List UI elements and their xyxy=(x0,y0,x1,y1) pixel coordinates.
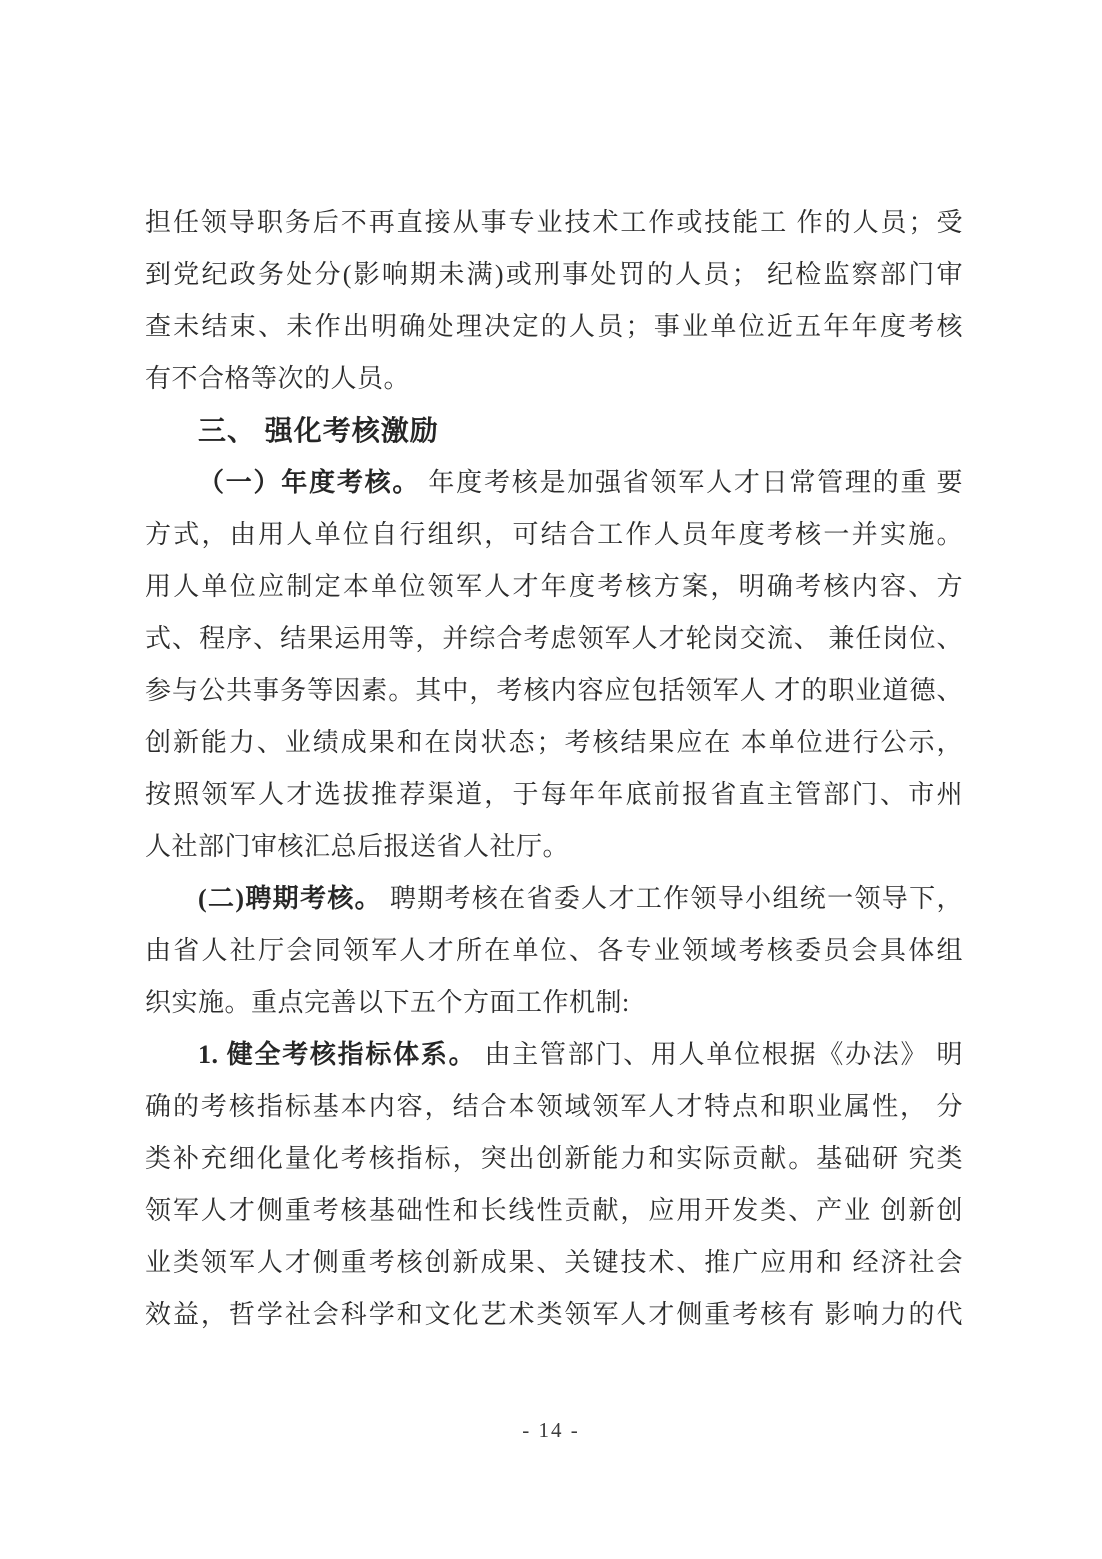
text-line: 领军人才侧重考核基础性和长线性贡献，应用开发类、产业 创新创 xyxy=(145,1185,963,1237)
text-line: 类补充细化量化考核指标，突出创新能力和实际贡献。基础研 究类 xyxy=(145,1133,963,1185)
text-line: 确的考核指标基本内容，结合本领域领军人才特点和职业属性， 分 xyxy=(145,1081,963,1133)
text-line: 效益，哲学社会科学和文化艺术类领军人才侧重考核有 影响力的代 xyxy=(145,1289,963,1341)
text-line: 式、程序、结果运用等，并综合考虑领军人才轮岗交流、 兼任岗位、 xyxy=(145,613,963,665)
text-line: 业类领军人才侧重考核创新成果、关键技术、推广应用和 经济社会 xyxy=(145,1237,963,1289)
text-line-rest: 聘期考核在省委人才工作领导小组统一领导下， xyxy=(382,884,963,913)
document-page: 担任领导职务后不再直接从事专业技术工作或技能工 作的人员；受 到党纪政务处分(影… xyxy=(0,0,1102,1559)
text-line: （一）年度考核。 年度考核是加强省领军人才日常管理的重 要 xyxy=(145,457,963,509)
text-line: 到党纪政务处分(影响期未满)或刑事处罚的人员； 纪检监察部门审 xyxy=(145,249,963,301)
text-line: 有不合格等次的人员。 xyxy=(145,353,963,405)
text-line: 创新能力、业绩成果和在岗状态；考核结果应在 本单位进行公示， xyxy=(145,717,963,769)
paragraph-indicator-system: 1. 健全考核指标体系。 由主管部门、用人单位根据《办法》 明 确的考核指标基本… xyxy=(145,1029,963,1341)
text-line: 查未结束、未作出明确处理决定的人员；事业单位近五年年度考核 xyxy=(145,301,963,353)
text-line: 参与公共事务等因素。其中，考核内容应包括领军人 才的职业道德、 xyxy=(145,665,963,717)
text-line-rest: 由主管部门、用人单位根据《办法》 明 xyxy=(476,1040,963,1069)
text-line: 织实施。重点完善以下五个方面工作机制: xyxy=(145,977,963,1029)
text-line: 按照领军人才选拔推荐渠道，于每年年底前报省直主管部门、市州 xyxy=(145,769,963,821)
paragraph-lead-in: (二)聘期考核。 xyxy=(198,884,382,913)
text-line: 方式，由用人单位自行组织，可结合工作人员年度考核一并实施。 xyxy=(145,509,963,561)
page-number: - 14 - xyxy=(0,1418,1102,1443)
paragraph-continuation: 担任领导职务后不再直接从事专业技术工作或技能工 作的人员；受 到党纪政务处分(影… xyxy=(145,197,963,405)
text-line: 1. 健全考核指标体系。 由主管部门、用人单位根据《办法》 明 xyxy=(145,1029,963,1081)
paragraph-lead-in: 1. 健全考核指标体系。 xyxy=(198,1040,476,1069)
section-heading: 三、 强化考核激励 xyxy=(145,405,963,457)
text-content: 担任领导职务后不再直接从事专业技术工作或技能工 作的人员；受 到党纪政务处分(影… xyxy=(145,197,963,1341)
text-line-rest: 年度考核是加强省领军人才日常管理的重 要 xyxy=(420,468,963,497)
text-line: 人社部门审核汇总后报送省人社厅。 xyxy=(145,821,963,873)
text-line: (二)聘期考核。 聘期考核在省委人才工作领导小组统一领导下， xyxy=(145,873,963,925)
text-line: 担任领导职务后不再直接从事专业技术工作或技能工 作的人员；受 xyxy=(145,197,963,249)
paragraph-annual-assessment: （一）年度考核。 年度考核是加强省领军人才日常管理的重 要 方式，由用人单位自行… xyxy=(145,457,963,873)
paragraph-lead-in: （一）年度考核。 xyxy=(198,468,420,497)
text-line: 由省人社厅会同领军人才所在单位、各专业领域考核委员会具体组 xyxy=(145,925,963,977)
paragraph-term-assessment: (二)聘期考核。 聘期考核在省委人才工作领导小组统一领导下， 由省人社厅会同领军… xyxy=(145,873,963,1029)
text-line: 用人单位应制定本单位领军人才年度考核方案，明确考核内容、方 xyxy=(145,561,963,613)
